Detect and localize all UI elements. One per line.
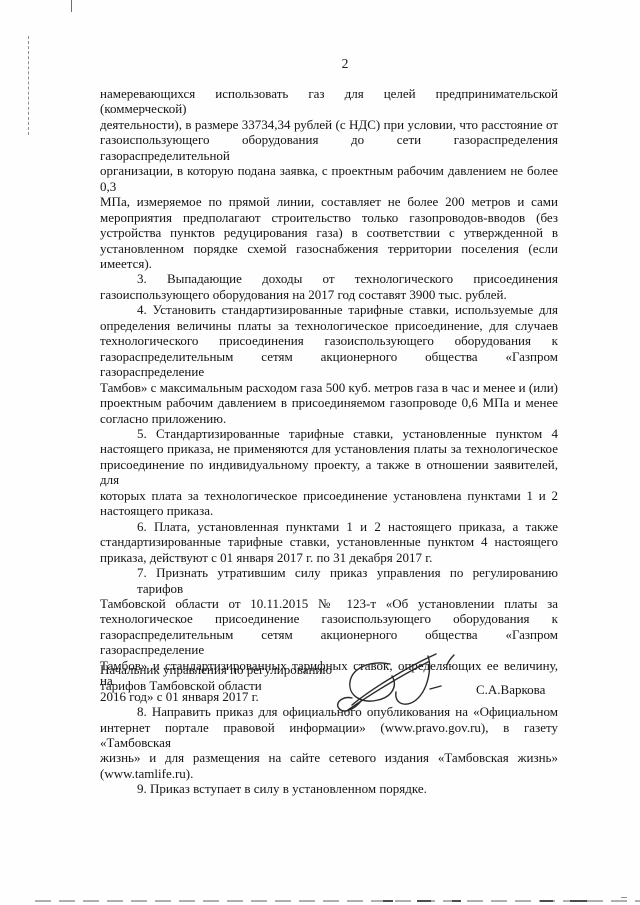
text-line: приказа, действуют с 01 января 2017 г. п…	[100, 550, 558, 565]
paragraph: 3. Выпадающие доходы от технологического…	[100, 271, 558, 302]
text-line: стандартизированные тарифные ставки, уст…	[100, 534, 558, 549]
signatory-role-line1: Начальник управления по регулированию	[100, 662, 360, 678]
text-line: 4. Установить стандартизированные тарифн…	[100, 302, 558, 317]
text-line: настоящего приказа, не применяются для у…	[100, 441, 558, 456]
text-line: установленном порядке схемой газоснабжен…	[100, 241, 558, 272]
text-line: 7. Признать утратившим силу приказ управ…	[100, 565, 558, 596]
text-line: 8. Направить приказ для официального опу…	[100, 704, 558, 719]
text-line: (www.tamlife.ru).	[100, 766, 558, 781]
scan-artifact-dash-segment	[570, 900, 587, 902]
text-line: интернет портале правовой информации» (w…	[100, 720, 558, 751]
scan-artifact-dash-segment	[452, 900, 461, 902]
paragraph: 5. Стандартизированные тарифные ставки, …	[100, 426, 558, 519]
page-number: 2	[110, 56, 580, 72]
paragraph: намеревающихся использовать газ для целе…	[100, 86, 558, 271]
text-line: организации, в которую подана заявка, с …	[100, 163, 558, 194]
text-line: технологическое присоединение газоисполь…	[100, 611, 558, 626]
text-line: газораспределительным сетям акционерного…	[100, 349, 558, 380]
text-line: 6. Плата, установленная пунктами 1 и 2 н…	[100, 519, 558, 534]
text-line: технологического присоединения газоиспол…	[100, 333, 558, 348]
scan-artifact-left-dashed-line	[28, 36, 29, 135]
text-line: Тамбовской области от 10.11.2015 № 123-т…	[100, 596, 558, 611]
paragraph: 4. Установить стандартизированные тарифн…	[100, 302, 558, 426]
scan-artifact-dash-segment	[540, 900, 553, 902]
text-line: намеревающихся использовать газ для целе…	[100, 86, 558, 117]
signatory-role: Начальник управления по регулированию та…	[100, 662, 360, 693]
paragraph: 8. Направить приказ для официального опу…	[100, 704, 558, 781]
scan-artifact-dash-segment	[417, 900, 431, 902]
paragraph: 9. Приказ вступает в силу в установленно…	[100, 781, 558, 796]
text-line: деятельности), в размере 33734,34 рублей…	[100, 117, 558, 132]
text-line: устройства пунктов редуцирования газа) в…	[100, 225, 558, 240]
text-line: газораспределительным сетям акционерного…	[100, 627, 558, 658]
handwritten-signature-icon	[330, 638, 470, 748]
signatory-role-line2: тарифов Тамбовской области	[100, 678, 360, 694]
text-line: жизнь» и для размещения на сайте сетевог…	[100, 750, 558, 765]
text-line: газоиспользующего оборудования на 2017 г…	[100, 287, 558, 302]
text-line: определения величины платы за технологич…	[100, 318, 558, 333]
scan-artifact-dash-segment	[383, 900, 393, 902]
text-line: МПа, измеряемое по прямой линии, составл…	[100, 194, 558, 209]
text-line: 5. Стандартизированные тарифные ставки, …	[100, 426, 558, 441]
signatory-name: С.А.Варкова	[476, 682, 545, 698]
document-page: 2 намеревающихся использовать газ для це…	[0, 0, 640, 905]
scan-artifact-dash-segment	[621, 897, 627, 898]
text-line: мероприятия предполагают строительство т…	[100, 210, 558, 225]
paragraph: 6. Плата, установленная пунктами 1 и 2 н…	[100, 519, 558, 565]
text-line: газоиспользующего оборудования до сети г…	[100, 132, 558, 163]
scan-artifact-top-tick	[71, 0, 72, 12]
scan-artifact-bottom-dashed-line	[35, 900, 640, 902]
text-line: согласно приложению.	[100, 411, 558, 426]
text-line: присоединение по индивидуальному проекту…	[100, 457, 558, 488]
text-line: проектным рабочим давлением в присоединя…	[100, 395, 558, 410]
text-line: настоящего приказа.	[100, 503, 558, 518]
text-line: 3. Выпадающие доходы от технологического…	[100, 271, 558, 286]
text-line: Тамбов» с максимальным расходом газа 500…	[100, 380, 558, 395]
text-line: 9. Приказ вступает в силу в установленно…	[100, 781, 558, 796]
text-line: которых плата за технологическое присоед…	[100, 488, 558, 503]
